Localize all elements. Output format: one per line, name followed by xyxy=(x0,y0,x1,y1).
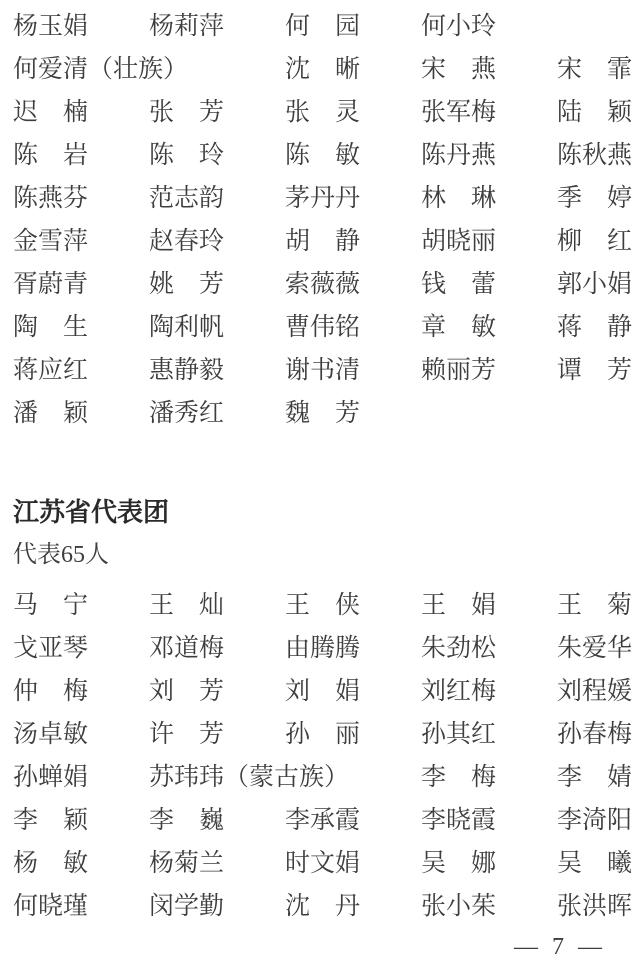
delegate-name: 闵学勤 xyxy=(149,894,225,920)
delegate-name: 张 芳 xyxy=(149,100,225,126)
delegate-name: 谢书清 xyxy=(285,358,361,384)
delegate-name: 蒋应红 xyxy=(13,358,89,384)
delegate-name: 时文娟 xyxy=(285,851,361,877)
delegate-name-grid-jiangsu: 马 宁王 灿王 侠王 娟王 菊戈亚琴邓道梅由腾腾朱劲松朱爱华仲 梅刘 芳刘 娟刘… xyxy=(13,593,644,920)
delegate-name: 孙其红 xyxy=(421,722,497,748)
delegate-name: 刘 娟 xyxy=(285,679,361,705)
delegate-name: 吴 曦 xyxy=(557,851,633,877)
delegate-name: 胥蔚青 xyxy=(13,272,89,298)
delegate-name: 章 敏 xyxy=(421,315,497,341)
page-number: — 7 — xyxy=(514,934,606,960)
delegate-name: 沈 丹 xyxy=(285,894,361,920)
delegate-name: 朱爱华 xyxy=(557,636,633,662)
delegate-name: 宋 霏 xyxy=(557,57,633,83)
delegate-name: 柳 红 xyxy=(557,229,633,255)
empty-cell xyxy=(557,14,633,40)
delegate-name: 宋 燕 xyxy=(421,57,497,83)
delegate-name: 谭 芳 xyxy=(557,358,633,384)
delegate-name: 李 梅 xyxy=(421,765,497,791)
delegate-name: 许 芳 xyxy=(149,722,225,748)
delegate-name: 杨玉娟 xyxy=(13,14,89,40)
delegate-name: 何 园 xyxy=(285,14,361,40)
delegate-name: 戈亚琴 xyxy=(13,636,89,662)
delegate-name-grid-previous-delegation: 杨玉娟杨莉萍何 园何小玲何爱清（壮族）沈 晰宋 燕宋 霏迟 楠张 芳张 灵张军梅… xyxy=(13,14,644,427)
delegate-name: 李 婧 xyxy=(557,765,633,791)
delegate-name: 李渏阳 xyxy=(557,808,633,834)
delegate-name: 李承霞 xyxy=(285,808,361,834)
delegate-name: 赖丽芳 xyxy=(421,358,497,384)
delegate-name: 陈 岩 xyxy=(13,143,89,169)
delegate-name: 孙 丽 xyxy=(285,722,361,748)
delegate-name: 金雪萍 xyxy=(13,229,89,255)
delegate-name: 郭小娟 xyxy=(557,272,633,298)
delegate-name: 潘 颖 xyxy=(13,401,89,427)
delegate-name: 陆 颖 xyxy=(557,100,633,126)
delegate-name: 索薇薇 xyxy=(285,272,361,298)
delegate-name: 苏玮玮（蒙古族） xyxy=(149,765,361,791)
delegate-name: 胡 静 xyxy=(285,229,361,255)
delegate-name: 刘程媛 xyxy=(557,679,633,705)
delegate-name: 吴 娜 xyxy=(421,851,497,877)
delegate-name: 张小茱 xyxy=(421,894,497,920)
delegate-name: 茅丹丹 xyxy=(285,186,361,212)
delegate-name: 蒋 静 xyxy=(557,315,633,341)
delegate-name: 胡晓丽 xyxy=(421,229,497,255)
delegate-name: 沈 晰 xyxy=(285,57,361,83)
delegate-name: 李 巍 xyxy=(149,808,225,834)
delegate-name: 陈丹燕 xyxy=(421,143,497,169)
delegate-name: 陶利帆 xyxy=(149,315,225,341)
delegate-name: 何小玲 xyxy=(421,14,497,40)
delegate-name: 由腾腾 xyxy=(285,636,361,662)
delegate-name: 迟 楠 xyxy=(13,100,89,126)
delegate-name: 杨莉萍 xyxy=(149,14,225,40)
delegate-name: 赵春玲 xyxy=(149,229,225,255)
delegate-name: 何爱清（壮族） xyxy=(13,57,225,83)
delegate-count-line: 代表65人 xyxy=(13,542,644,568)
delegate-name: 陈燕芬 xyxy=(13,186,89,212)
delegate-name: 孙春梅 xyxy=(557,722,633,748)
delegate-name: 季 婷 xyxy=(557,186,633,212)
delegate-name: 陈 玲 xyxy=(149,143,225,169)
delegate-name: 邓道梅 xyxy=(149,636,225,662)
delegate-name: 王 娟 xyxy=(421,593,497,619)
delegate-name: 范志韵 xyxy=(149,186,225,212)
empty-cell xyxy=(557,401,633,427)
delegate-name: 杨菊兰 xyxy=(149,851,225,877)
delegate-name: 孙蝉娟 xyxy=(13,765,89,791)
delegate-name: 朱劲松 xyxy=(421,636,497,662)
delegate-name: 陶 生 xyxy=(13,315,89,341)
delegate-name: 刘红梅 xyxy=(421,679,497,705)
section-title-jiangsu-delegation: 江苏省代表团 xyxy=(13,498,644,526)
delegate-name: 姚 芳 xyxy=(149,272,225,298)
delegate-name: 李 颖 xyxy=(13,808,89,834)
delegate-name: 林 琳 xyxy=(421,186,497,212)
delegate-name: 潘秀红 xyxy=(149,401,225,427)
delegate-name: 汤卓敏 xyxy=(13,722,89,748)
delegate-name: 陈秋燕 xyxy=(557,143,633,169)
delegate-name: 马 宁 xyxy=(13,593,89,619)
delegate-name: 魏 芳 xyxy=(285,401,361,427)
delegate-name: 张洪晖 xyxy=(557,894,633,920)
delegate-name: 陈 敏 xyxy=(285,143,361,169)
delegate-name: 仲 梅 xyxy=(13,679,89,705)
delegate-name: 曹伟铭 xyxy=(285,315,361,341)
document-page: 杨玉娟杨莉萍何 园何小玲何爱清（壮族）沈 晰宋 燕宋 霏迟 楠张 芳张 灵张军梅… xyxy=(0,0,644,972)
delegate-name: 张 灵 xyxy=(285,100,361,126)
empty-cell xyxy=(421,401,497,427)
delegate-name: 杨 敏 xyxy=(13,851,89,877)
delegate-name: 王 侠 xyxy=(285,593,361,619)
delegate-name: 何晓瑾 xyxy=(13,894,89,920)
delegate-name: 刘 芳 xyxy=(149,679,225,705)
delegate-name: 钱 蕾 xyxy=(421,272,497,298)
delegate-name: 王 菊 xyxy=(557,593,633,619)
delegate-name: 惠静毅 xyxy=(149,358,225,384)
delegate-name: 张军梅 xyxy=(421,100,497,126)
delegate-name: 王 灿 xyxy=(149,593,225,619)
delegate-name: 李晓霞 xyxy=(421,808,497,834)
